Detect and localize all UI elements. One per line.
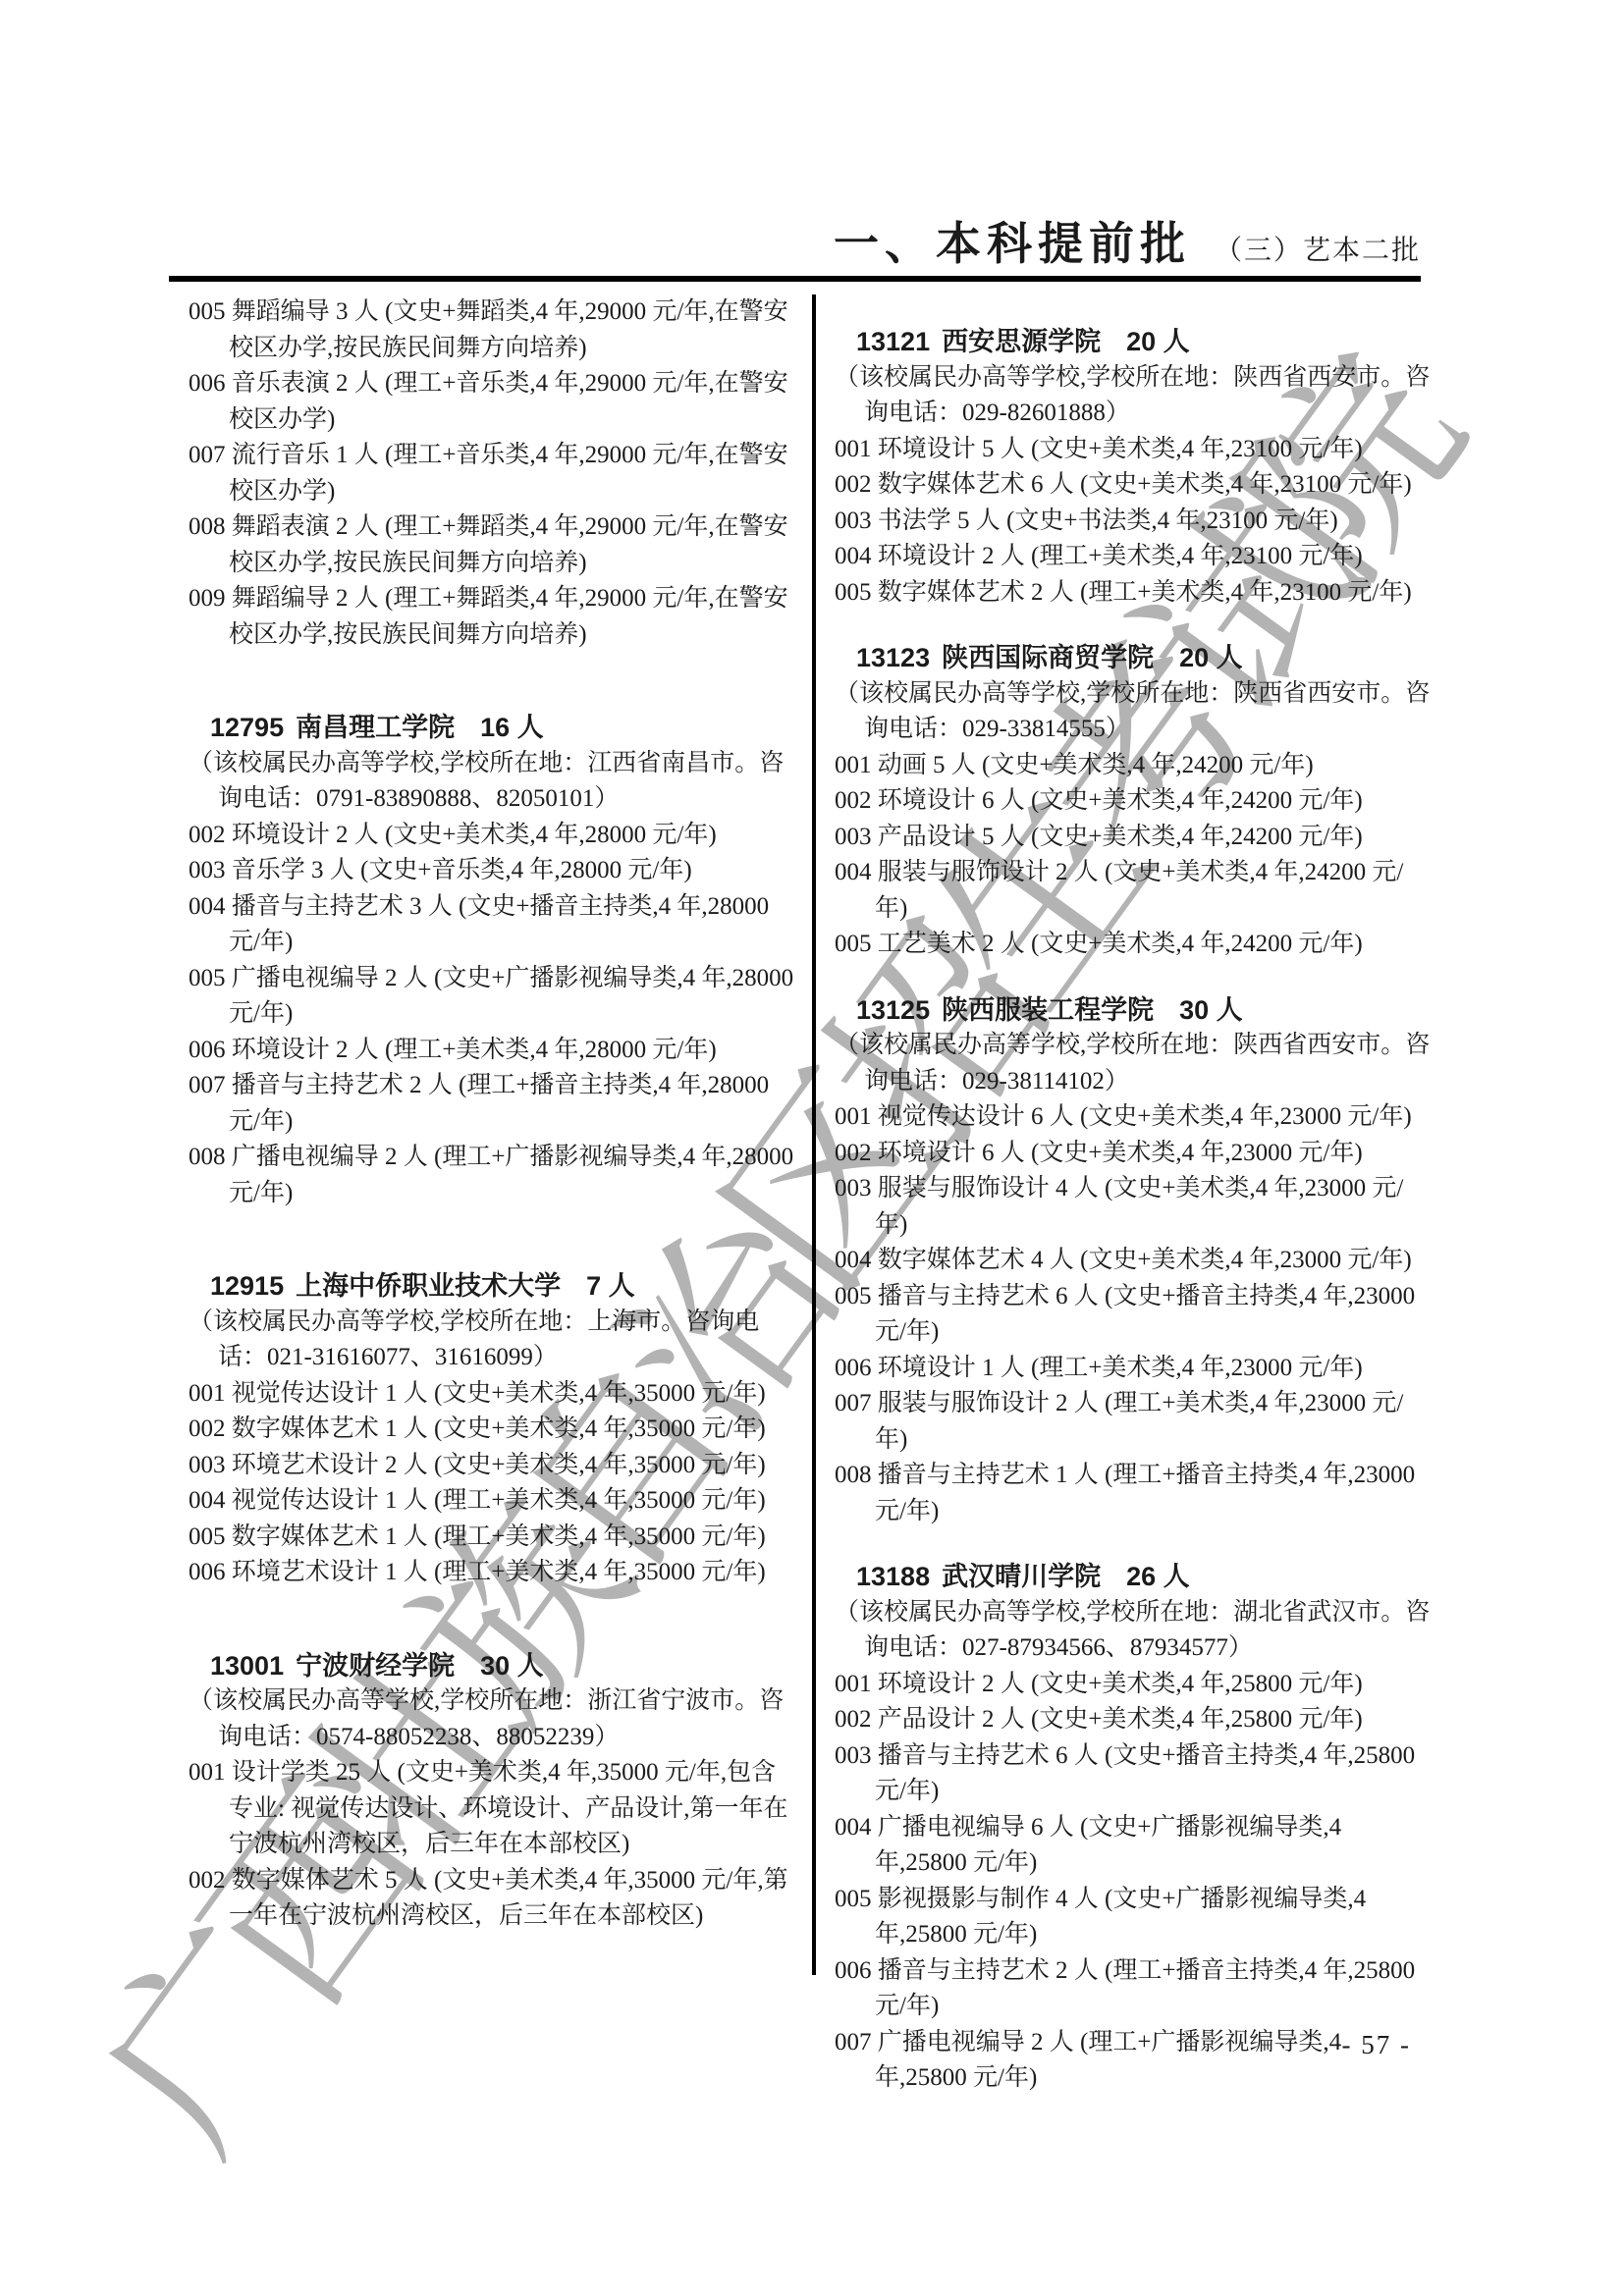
major-item: 006 音乐表演 2 人 (理工+音乐类,4 年,29000 元/年,在警安校区…	[189, 366, 795, 438]
school-header: 13121西安思源学院20 人	[835, 324, 1435, 360]
school-code: 13123	[856, 643, 930, 672]
major-item: 004 广播电视编导 6 人 (文史+广播影视编导类,4 年,25800 元/年…	[835, 1810, 1435, 1882]
page-header: 一、本科提前批 （三）艺本二批	[834, 208, 1421, 273]
school-plan-count: 26 人	[1126, 1562, 1190, 1591]
major-item: 006 环境设计 2 人 (理工+美术类,4 年,28000 元/年)	[189, 1033, 795, 1069]
batch-title: 一、本科提前批	[834, 208, 1191, 273]
school-name: 西安思源学院	[942, 327, 1101, 356]
school-name: 南昌理工学院	[296, 713, 455, 742]
school-name: 武汉晴川学院	[942, 1562, 1101, 1591]
school-name: 陕西服装工程学院	[942, 995, 1154, 1025]
school-block: 13125陕西服装工程学院30 人（该校属民办高等学校,学校所在地：陕西省西安市…	[835, 992, 1435, 1530]
school-name: 陕西国际商贸学院	[942, 643, 1154, 672]
major-item: 002 环境设计 6 人 (文史+美术类,4 年,24200 元/年)	[835, 783, 1435, 820]
school-note: （该校属民办高等学校,学校所在地：江西省南昌市。咨询电话：0791-838908…	[189, 746, 795, 818]
major-item: 005 工艺美术 2 人 (文史+美术类,4 年,24200 元/年)	[835, 927, 1435, 963]
major-item: 002 环境设计 2 人 (文史+美术类,4 年,28000 元/年)	[189, 818, 795, 854]
school-code: 13001	[210, 1651, 284, 1681]
school-block: 12795南昌理工学院16 人（该校属民办高等学校,学校所在地：江西省南昌市。咨…	[189, 710, 795, 1211]
major-item: 003 音乐学 3 人 (文史+音乐类,4 年,28000 元/年)	[189, 853, 795, 889]
school-name: 宁波财经学院	[296, 1651, 455, 1681]
school-header: 13188武汉晴川学院26 人	[835, 1559, 1435, 1595]
page-number: - 57 -	[1342, 2030, 1411, 2060]
major-item: 005 播音与主持艺术 6 人 (文史+播音主持类,4 年,23000 元/年)	[835, 1279, 1435, 1351]
major-item: 005 数字媒体艺术 1 人 (理工+美术类,4 年,35000 元/年)	[189, 1520, 795, 1556]
school-header: 13123陕西国际商贸学院20 人	[835, 640, 1435, 676]
school-note: （该校属民办高等学校,学校所在地：湖北省武汉市。咨询电话：027-8793456…	[835, 1595, 1435, 1667]
batch-subtitle: （三）艺本二批	[1215, 229, 1421, 268]
school-code: 12915	[210, 1271, 284, 1301]
school-header: 13125陕西服装工程学院30 人	[835, 992, 1435, 1029]
school-note: （该校属民办高等学校,学校所在地：上海市。咨询电话：021-31616077、3…	[189, 1305, 795, 1376]
school-note: （该校属民办高等学校,学校所在地：浙江省宁波市。咨询电话：0574-880522…	[189, 1683, 795, 1755]
major-item: 002 数字媒体艺术 6 人 (文史+美术类,4 年,23100 元/年)	[835, 467, 1435, 504]
school-code: 12795	[210, 713, 284, 742]
school-code: 13125	[856, 995, 930, 1025]
major-item: 001 设计学类 25 人 (文史+美术类,4 年,35000 元/年,包含专业…	[189, 1755, 795, 1863]
school-block: 12915上海中侨职业技术大学7 人（该校属民办高等学校,学校所在地：上海市。咨…	[189, 1268, 795, 1591]
major-item: 003 书法学 5 人 (文史+书法类,4 年,23100 元/年)	[835, 504, 1435, 540]
major-item: 003 环境艺术设计 2 人 (文史+美术类,4 年,35000 元/年)	[189, 1448, 795, 1484]
major-item: 008 舞蹈表演 2 人 (理工+舞蹈类,4 年,29000 元/年,在警安校区…	[189, 509, 795, 581]
major-item: 001 环境设计 5 人 (文史+美术类,4 年,23100 元/年)	[835, 432, 1435, 468]
major-item: 005 数字媒体艺术 2 人 (理工+美术类,4 年,23100 元/年)	[835, 575, 1435, 612]
school-note: （该校属民办高等学校,学校所在地：陕西省西安市。咨询电话：029-8260188…	[835, 360, 1435, 432]
school-block: 13123陕西国际商贸学院20 人（该校属民办高等学校,学校所在地：陕西省西安市…	[835, 640, 1435, 963]
school-plan-count: 16 人	[480, 713, 544, 742]
school-block: 13121西安思源学院20 人（该校属民办高等学校,学校所在地：陕西省西安市。咨…	[835, 324, 1435, 611]
major-item: 001 视觉传达设计 1 人 (文史+美术类,4 年,35000 元/年)	[189, 1376, 795, 1413]
major-item: 002 数字媒体艺术 5 人 (文史+美术类,4 年,35000 元/年,第一年…	[189, 1863, 795, 1935]
major-item: 003 播音与主持艺术 6 人 (文史+播音主持类,4 年,25800 元/年)	[835, 1738, 1435, 1810]
major-item: 004 播音与主持艺术 3 人 (文史+播音主持类,4 年,28000 元/年)	[189, 889, 795, 961]
major-item: 003 服装与服饰设计 4 人 (文史+美术类,4 年,23000 元/年)	[835, 1171, 1435, 1243]
major-item: 008 播音与主持艺术 1 人 (理工+播音主持类,4 年,23000 元/年)	[835, 1458, 1435, 1529]
school-note: （该校属民办高等学校,学校所在地：陕西省西安市。咨询电话：029-3381455…	[835, 676, 1435, 748]
school-header: 12795南昌理工学院16 人	[189, 710, 795, 746]
major-item: 004 数字媒体艺术 4 人 (文史+美术类,4 年,23000 元/年)	[835, 1243, 1435, 1279]
major-item: 004 环境设计 2 人 (理工+美术类,4 年,23100 元/年)	[835, 539, 1435, 575]
major-item: 002 环境设计 6 人 (文史+美术类,4 年,23000 元/年)	[835, 1136, 1435, 1172]
major-item: 004 视觉传达设计 1 人 (理工+美术类,4 年,35000 元/年)	[189, 1483, 795, 1520]
major-item: 005 广播电视编导 2 人 (文史+广播影视编导类,4 年,28000 元/年…	[189, 961, 795, 1033]
school-plan-count: 20 人	[1179, 643, 1243, 672]
continuation-block: 005 舞蹈编导 3 人 (文史+舞蹈类,4 年,29000 元/年,在警安校区…	[189, 294, 795, 653]
major-item: 004 服装与服饰设计 2 人 (文史+美术类,4 年,24200 元/年)	[835, 855, 1435, 927]
major-item: 007 服装与服饰设计 2 人 (理工+美术类,4 年,23000 元/年)	[835, 1386, 1435, 1458]
school-name: 上海中侨职业技术大学	[296, 1271, 561, 1301]
column-divider	[812, 294, 816, 1975]
school-block: 13188武汉晴川学院26 人（该校属民办高等学校,学校所在地：湖北省武汉市。咨…	[835, 1559, 1435, 2097]
major-item: 001 动画 5 人 (文史+美术类,4 年,24200 元/年)	[835, 748, 1435, 784]
major-item: 003 产品设计 5 人 (文史+美术类,4 年,24200 元/年)	[835, 820, 1435, 856]
school-code: 13188	[856, 1562, 930, 1591]
major-item: 006 环境设计 1 人 (理工+美术类,4 年,23000 元/年)	[835, 1351, 1435, 1387]
major-item: 008 广播电视编导 2 人 (理工+广播影视编导类,4 年,28000 元/年…	[189, 1140, 795, 1211]
major-item: 009 舞蹈编导 2 人 (理工+舞蹈类,4 年,29000 元/年,在警安校区…	[189, 581, 795, 653]
major-item: 001 视觉传达设计 6 人 (文史+美术类,4 年,23000 元/年)	[835, 1099, 1435, 1136]
school-plan-count: 30 人	[1179, 995, 1243, 1025]
school-block: 13001宁波财经学院30 人（该校属民办高等学校,学校所在地：浙江省宁波市。咨…	[189, 1648, 795, 1935]
major-item: 005 影视摄影与制作 4 人 (文史+广播影视编导类,4 年,25800 元/…	[835, 1882, 1435, 1953]
major-item: 006 播音与主持艺术 2 人 (理工+播音主持类,4 年,25800 元/年)	[835, 1953, 1435, 2025]
major-item: 001 环境设计 2 人 (文史+美术类,4 年,25800 元/年)	[835, 1667, 1435, 1703]
school-plan-count: 30 人	[480, 1651, 544, 1681]
school-plan-count: 7 人	[586, 1271, 635, 1301]
major-item: 005 舞蹈编导 3 人 (文史+舞蹈类,4 年,29000 元/年,在警安校区…	[189, 294, 795, 366]
school-note: （该校属民办高等学校,学校所在地：陕西省西安市。咨询电话：029-3811410…	[835, 1028, 1435, 1099]
school-header: 12915上海中侨职业技术大学7 人	[189, 1268, 795, 1305]
header-rule	[169, 276, 1421, 282]
school-plan-count: 20 人	[1126, 327, 1190, 356]
left-column: 005 舞蹈编导 3 人 (文史+舞蹈类,4 年,29000 元/年,在警安校区…	[189, 294, 795, 1935]
school-code: 13121	[856, 327, 930, 356]
school-header: 13001宁波财经学院30 人	[189, 1648, 795, 1684]
major-item: 002 数字媒体艺术 1 人 (文史+美术类,4 年,35000 元/年)	[189, 1412, 795, 1448]
major-item: 007 播音与主持艺术 2 人 (理工+播音主持类,4 年,28000 元/年)	[189, 1068, 795, 1140]
right-column: 13121西安思源学院20 人（该校属民办高等学校,学校所在地：陕西省西安市。咨…	[835, 294, 1435, 2097]
document-page: 广西壮族自治区招生考试院 一、本科提前批 （三）艺本二批 005 舞蹈编导 3 …	[0, 0, 1624, 2296]
major-item: 006 环境艺术设计 1 人 (理工+美术类,4 年,35000 元/年)	[189, 1555, 795, 1591]
major-item: 007 流行音乐 1 人 (理工+音乐类,4 年,29000 元/年,在警安校区…	[189, 438, 795, 509]
major-item: 002 产品设计 2 人 (文史+美术类,4 年,25800 元/年)	[835, 1702, 1435, 1738]
